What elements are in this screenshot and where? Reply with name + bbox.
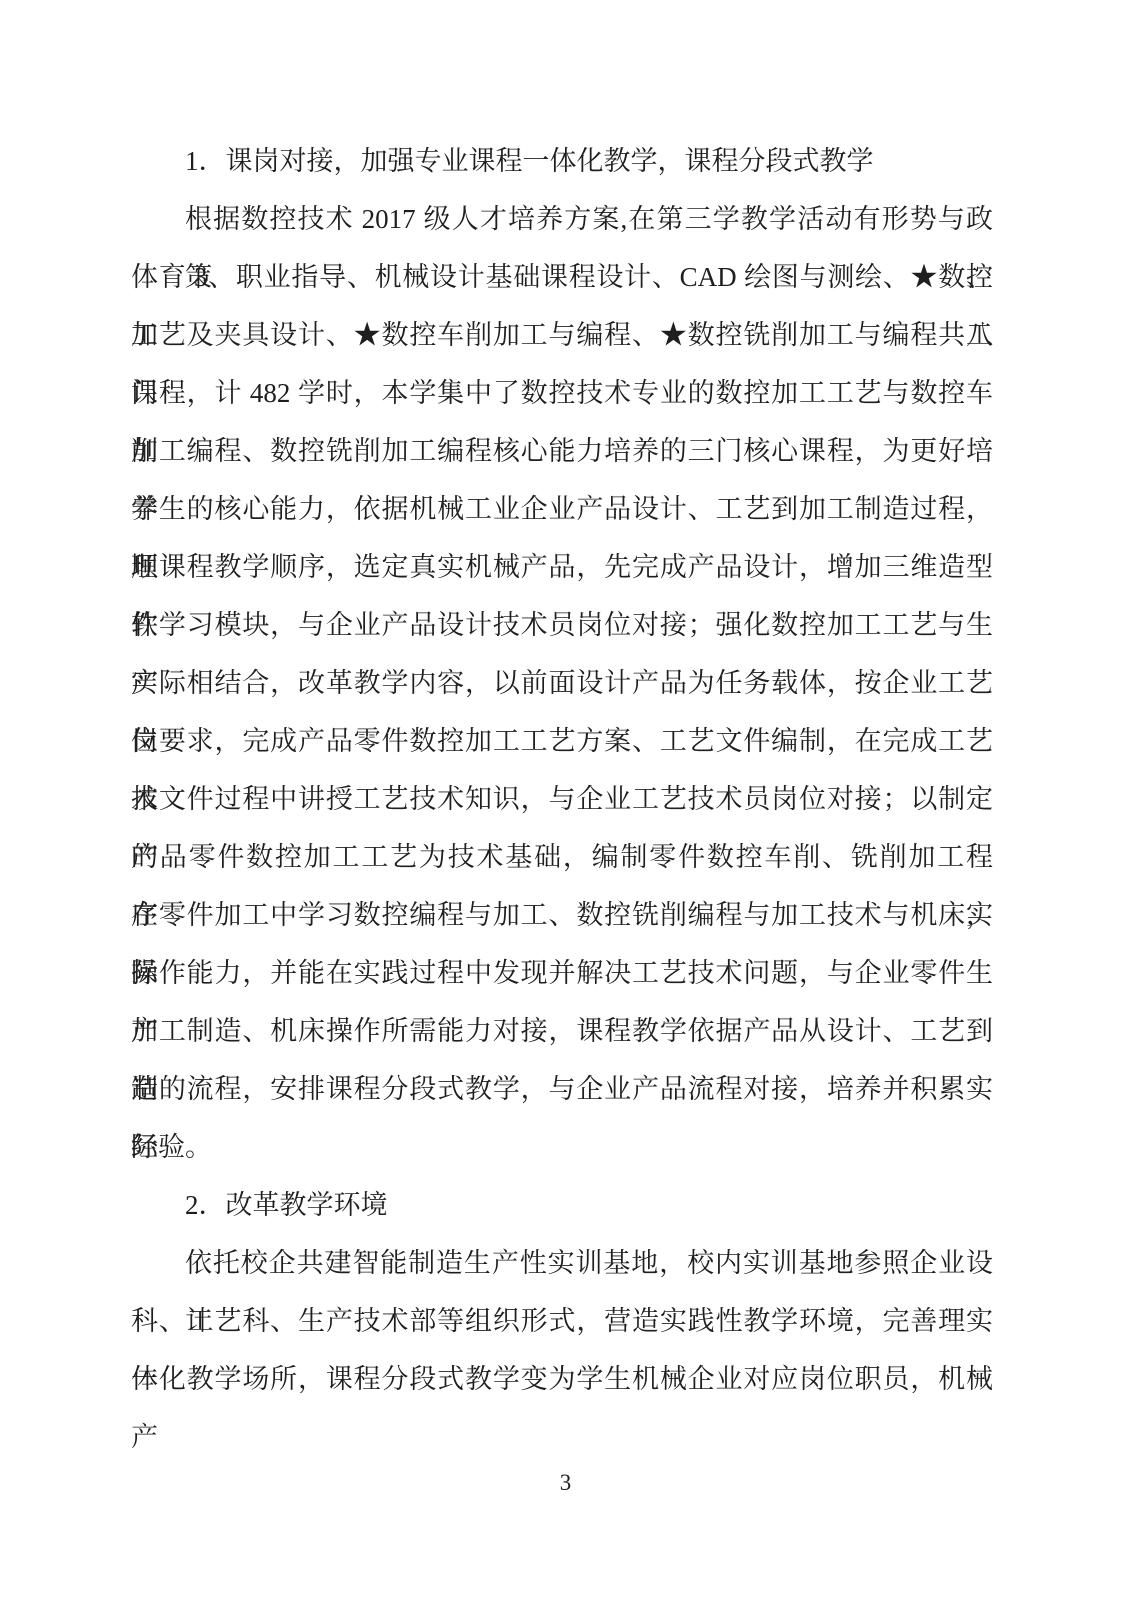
text-line: 顺课程教学顺序，选定真实机械产品，先完成产品设计，增加三维造型软 [131, 538, 993, 596]
text-line: 操作能力，并能在实践过程中发现并解决工艺技术问题，与企业零件生产 [131, 944, 993, 1002]
text-line: 体育 3、职业指导、机械设计基础课程设计、CAD 绘图与测绘、★数控加工 [131, 248, 993, 306]
text-lines: 1．课岗对接，加强专业课程一体化教学，课程分段式教学根据数控技术 2017 级人… [131, 132, 993, 1408]
text-line: 术文件过程中讲授工艺技术知识，与企业工艺技术员岗位对接；以制定的 [131, 770, 993, 828]
text-line: 位要求，完成产品零件数控加工工艺方案、工艺文件编制，在完成工艺技 [131, 712, 993, 770]
text-line: 体化教学场所，课程分段式教学变为学生机械企业对应岗位职员，机械产 [131, 1350, 993, 1408]
text-line: 在零件加工中学习数控编程与加工、数控铣削编程与加工技术与机床实际 [131, 886, 993, 944]
text-line: 加工编程、数控铣削加工编程核心能力培养的三门核心课程，为更好培养 [131, 422, 993, 480]
section-heading-1: 1．课岗对接，加强专业课程一体化教学，课程分段式教学 [131, 132, 993, 190]
text-line: 件学习模块，与企业产品设计技术员岗位对接；强化数控加工工艺与生产 [131, 596, 993, 654]
text-line: 加工制造、机床操作所需能力对接，课程教学依据产品从设计、工艺到制 [131, 1002, 993, 1060]
document-page: 1．课岗对接，加强专业课程一体化教学，课程分段式教学根据数控技术 2017 级人… [0, 0, 1131, 1600]
text-line: 经验。 [131, 1118, 993, 1176]
text-line: 根据数控技术 2017 级人才培养方案,在第三学教学活动有形势与政策、 [131, 190, 993, 248]
text-line: 科、工艺科、生产技术部等组织形式，营造实践性教学环境，完善理实一 [131, 1292, 993, 1350]
text-line: 工艺及夹具设计、★数控车削加工与编程、★数控铣削加工与编程共八门 [131, 306, 993, 364]
text-line: 课程，计 482 学时，本学集中了数控技术专业的数控加工工艺与数控车削 [131, 364, 993, 422]
section-heading-2: 2．改革教学环境 [131, 1176, 993, 1234]
text-line: 产品零件数控加工工艺为技术基础，编制零件数控车削、铣削加工程序， [131, 828, 993, 886]
page-number: 3 [0, 1468, 1131, 1498]
text-line: 依托校企共建智能制造生产性实训基地，校内实训基地参照企业设计 [131, 1234, 993, 1292]
text-line: 学生的核心能力，依据机械工业企业产品设计、工艺到加工制造过程，理 [131, 480, 993, 538]
text-line: 实际相结合，改革教学内容，以前面设计产品为任务载体，按企业工艺岗 [131, 654, 993, 712]
text-line: 造的流程，安排课程分段式教学，与企业产品流程对接，培养并积累实际 [131, 1060, 993, 1118]
